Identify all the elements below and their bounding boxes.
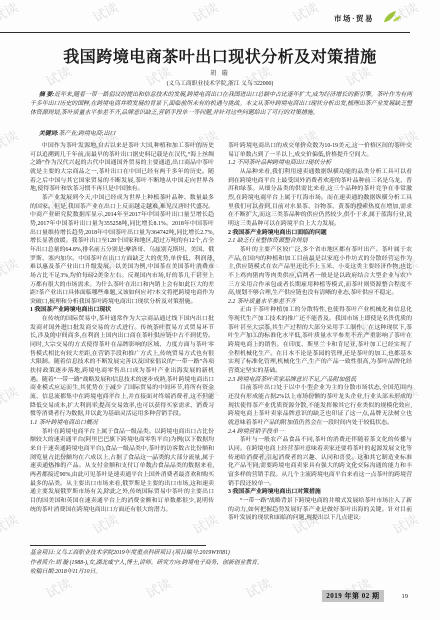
section-heading-2-4: 2.4 跨境营销手段单一 <box>228 428 412 437</box>
article-author: 胡 璇 <box>0 68 440 77</box>
leaf-icon <box>382 9 402 28</box>
section-heading-1: 1 我国茶产业跨境电商出口现状 <box>30 306 214 315</box>
footnote: 基金项目:义乌工商职业技术学院2019年度重点科研项目 (项目编号:2019WY… <box>30 545 412 578</box>
body-columns: 中国作为茶叶发源地,自古以来是茶叶大国,种植和加工茶叶的历史可以追溯到几千年前,… <box>30 142 412 544</box>
paragraph: 从品种来看,我们利用速卖通数据纵横功能的品类分析工具可以看到在跨境电商平台上最受… <box>228 168 412 229</box>
issue-badge: 2019 年第 02 期 <box>322 590 383 602</box>
paragraph: 中国作为茶叶发源地,自古以来是茶叶大国,种植和加工茶叶的历史可以追溯到几千年前,… <box>30 142 214 194</box>
page-footer: 2019 年第 02 期19 <box>0 585 410 603</box>
footnote-bio: 作者简介:胡 璇 (1988-),女,湖北咸宁人,博士,讲师。研究方向:跨境电子… <box>30 559 412 569</box>
abstract-text: 近年来,随着一带一路倡议的提出和信息技术的发展,跨境电商出口在我国进出口总额中占… <box>30 92 412 116</box>
section-heading-1-2: 1.2 不同茶叶品种跨境电商出口现状分析 <box>228 159 412 168</box>
section-heading-2: 2 我国茶产业跨境电商出口面临的问题 <box>228 229 412 238</box>
paragraph: 茶叶跨境电商出口的成交单价众数为10-19美元,这一价格区间的茶叶交易订单数占到… <box>228 142 412 159</box>
footnote-divider <box>30 545 206 546</box>
abstract-label: 摘 要: <box>39 92 54 98</box>
article-title: 我国跨境电商茶叶出口现状分析及对策措施 <box>0 44 440 67</box>
header-divider <box>0 32 410 33</box>
document-page: 试读试读试读试读试读试读试读试读试读试读试读试读试读试读试读试读试读试读试读试读… <box>0 0 440 620</box>
section-heading-1-1: 1.1 茶叶跨境电商出口概况 <box>30 419 214 428</box>
keywords: 关键词:茶产业;跨境电商;出口 <box>30 128 412 137</box>
section-heading-2-3: 2.3 跨境电商茶叶卖家品牌意识不足,产品附加值低 <box>228 376 412 385</box>
page-header: 市场·贸易 <box>0 9 408 27</box>
paragraph: 目前茶叶出口处于以中小型企业为主的分散市场状态,全国范围内还没有形成能占据2%以… <box>228 384 412 427</box>
page-content: 市场·贸易 我国跨境电商茶叶出口现状分析及对策措施 胡 璇 (义乌工商职业技术学… <box>0 0 440 620</box>
paragraph: 茶叶在跨境电商平台上属于食品一级品类。以跨境电商出口占比份额较大的速卖通平台(阿… <box>30 428 214 515</box>
paragraph: 正由于茶叶种植加工的分散特性,也使得茶叶产业机械化和信息化等现代生产加工技术的推… <box>228 306 412 375</box>
keywords-label: 关键词: <box>39 131 59 137</box>
section-heading-2-2: 2.2 茶叶质量水平参差不齐 <box>228 298 412 307</box>
keywords-text: 茶产业;跨境电商;出口 <box>58 131 115 137</box>
paragraph: 茶叶的主要产区较广泛,多个省市地区都有茶叶出产。茶叶属于农产品,在国内的种植和加… <box>228 246 412 298</box>
left-column: 中国作为茶叶发源地,自古以来是茶叶大国,种植和加工茶叶的历史可以追溯到几千年前,… <box>30 142 214 544</box>
article-affiliation: (义乌工商职业技术学院,浙江 义乌 322000) <box>0 78 440 87</box>
paragraph: 茶产业发展到今天,中国已经成为世界上种植茶叶品种、数量最多的国家。但是,我国茶产… <box>30 194 214 307</box>
paragraph: 茶叶与一般农产品食品不同,茶叶的消费还伴随着茶文化的传播与认同。在跨境电商上经营… <box>228 436 412 488</box>
footnote-fund: 基金项目:义乌工商职业技术学院2019年度重点科研项目 (项目编号:2019WY… <box>30 549 412 559</box>
footnote-date: 收稿日期:2018年11月10日。 <box>30 568 412 578</box>
paragraph: “一带一路”战略背景下跨境电商的井喷式发展给茶叶市场注入了新的动力,如何把握趋势… <box>228 497 412 523</box>
page-number: 19 <box>402 593 409 600</box>
right-column: 茶叶跨境电商出口的成交单价众数为10-19美元,这一价格区间的茶叶交易订单数占到… <box>228 142 412 544</box>
section-heading-3: 3 我国茶产业跨境电商出口对策措施 <box>228 488 412 497</box>
section-heading-2-1: 2.1 缺乏行业整体资源整合规划 <box>228 237 412 246</box>
abstract: 摘 要:近年来,随着一带一路倡议的提出和信息技术的发展,跨境电商出口在我国进出口… <box>30 91 412 118</box>
paragraph: 在传统的国际贸易中,茶叶通常作为大宗商品通过线下国内出口批发商对国外进口批发商交… <box>30 315 214 419</box>
section-label: 市场·贸易 <box>334 14 374 23</box>
